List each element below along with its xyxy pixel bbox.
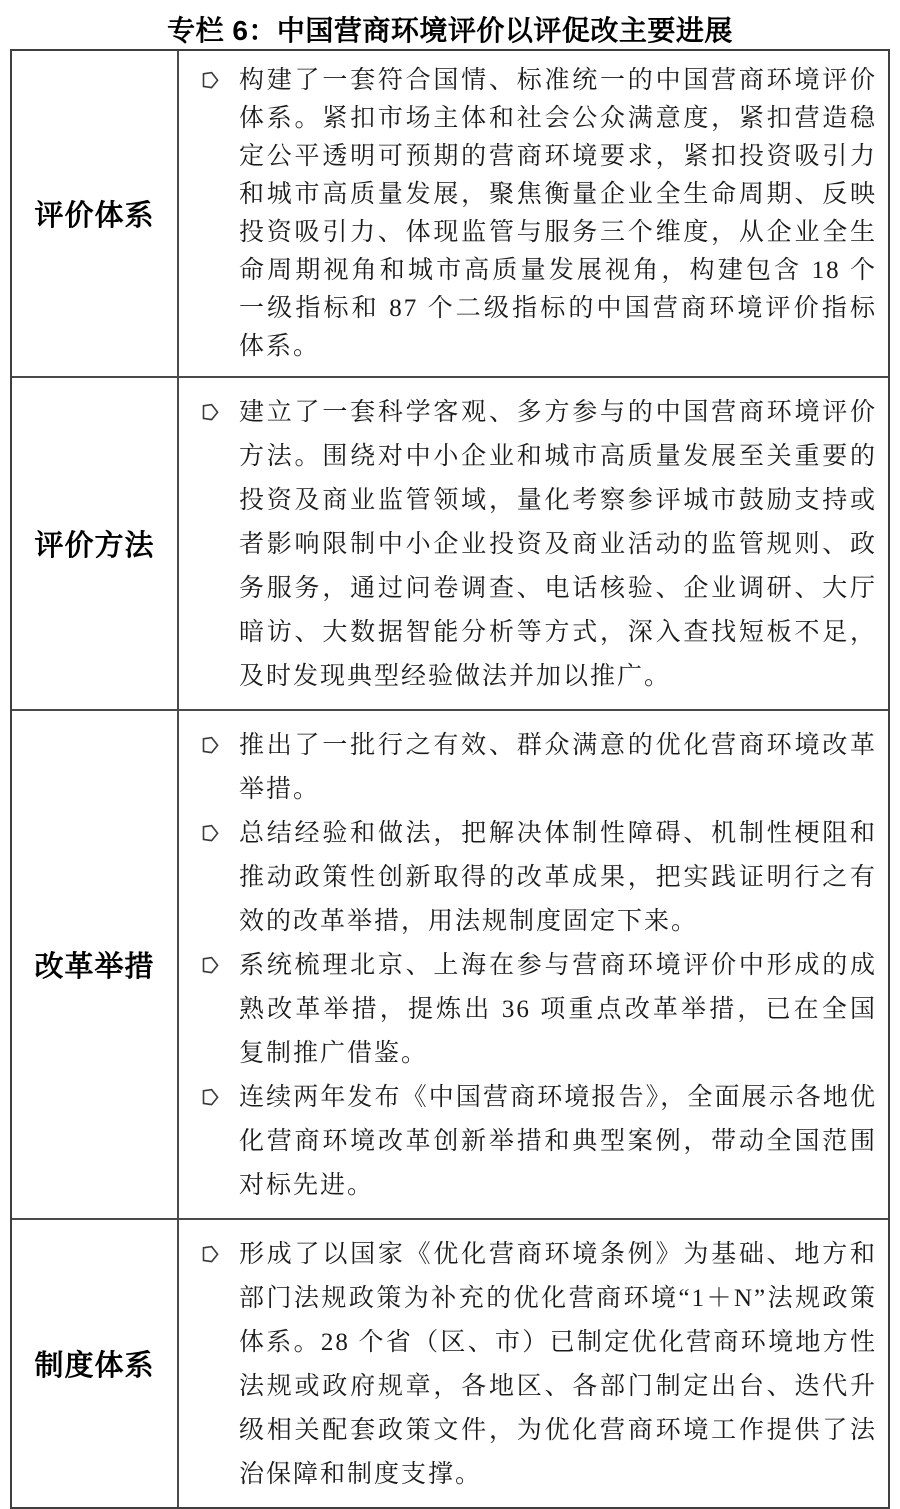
bullet-text: 形成了以国家《优化营商环境条例》为基础、地方和部门法规政策为补充的优化营商环境“… [239,1241,877,1488]
table-row: 评价体系 构建了一套符合国情、标准统一的中国营商环境评价体系。紧扣市场主体和社会… [12,51,888,376]
table-row: 改革举措 推出了一批行之有效、群众满意的优化营商环境改革举措。 总结经验和做法，… [12,709,888,1218]
pentagon-arrow-icon [202,736,219,754]
row-content: 建立了一套科学客观、多方参与的中国营商环境评价方法。围绕对中小企业和城市高质量发… [179,378,888,709]
bullet-text: 建立了一套科学客观、多方参与的中国营商环境评价方法。围绕对中小企业和城市高质量发… [239,399,877,690]
row-content: 构建了一套符合国情、标准统一的中国营商环境评价体系。紧扣市场主体和社会公众满意度… [179,51,888,376]
bullet-item: 总结经验和做法，把解决体制性障碍、机制性梗阻和推动政策性创新取得的改革成果，把实… [202,812,877,944]
row-label: 改革举措 [12,711,179,1218]
bullet-text: 系统梳理北京、上海在参与营商环境评价中形成的成熟改革举措，提炼出 36 项重点改… [239,952,877,1067]
bullet-item: 推出了一批行之有效、群众满意的优化营商环境改革举措。 [202,724,877,812]
bullet-text: 推出了一批行之有效、群众满意的优化营商环境改革举措。 [239,732,877,803]
pentagon-arrow-icon [202,824,219,842]
document-page: 专栏 6：中国营商环境评价以评促改主要进展 评价体系 构建了一套符合国情、标准统… [0,0,900,1509]
bullet-text: 连续两年发布《中国营商环境报告》，全面展示各地优化营商环境改革创新举措和典型案例… [239,1084,877,1199]
pentagon-arrow-icon [202,1245,219,1263]
page-title: 专栏 6：中国营商环境评价以评促改主要进展 [0,0,900,49]
pentagon-arrow-icon [202,1088,219,1106]
progress-table: 评价体系 构建了一套符合国情、标准统一的中国营商环境评价体系。紧扣市场主体和社会… [10,49,890,1509]
pentagon-arrow-icon [202,403,219,421]
row-label: 评价体系 [12,51,179,376]
pentagon-arrow-icon [202,956,219,974]
row-label: 制度体系 [12,1220,179,1507]
row-content: 形成了以国家《优化营商环境条例》为基础、地方和部门法规政策为补充的优化营商环境“… [179,1220,888,1507]
row-content: 推出了一批行之有效、群众满意的优化营商环境改革举措。 总结经验和做法，把解决体制… [179,711,888,1218]
bullet-text: 总结经验和做法，把解决体制性障碍、机制性梗阻和推动政策性创新取得的改革成果，把实… [239,820,877,935]
bullet-item: 形成了以国家《优化营商环境条例》为基础、地方和部门法规政策为补充的优化营商环境“… [202,1233,877,1497]
bullet-item: 建立了一套科学客观、多方参与的中国营商环境评价方法。围绕对中小企业和城市高质量发… [202,391,877,699]
bullet-item: 连续两年发布《中国营商环境报告》，全面展示各地优化营商环境改革创新举措和典型案例… [202,1076,877,1208]
table-row: 制度体系 形成了以国家《优化营商环境条例》为基础、地方和部门法规政策为补充的优化… [12,1218,888,1507]
bullet-item: 构建了一套符合国情、标准统一的中国营商环境评价体系。紧扣市场主体和社会公众满意度… [202,62,877,366]
bullet-text: 构建了一套符合国情、标准统一的中国营商环境评价体系。紧扣市场主体和社会公众满意度… [239,67,877,360]
bullet-item: 系统梳理北京、上海在参与营商环境评价中形成的成熟改革举措，提炼出 36 项重点改… [202,944,877,1076]
table-row: 评价方法 建立了一套科学客观、多方参与的中国营商环境评价方法。围绕对中小企业和城… [12,376,888,709]
row-label: 评价方法 [12,378,179,709]
pentagon-arrow-icon [202,71,219,89]
